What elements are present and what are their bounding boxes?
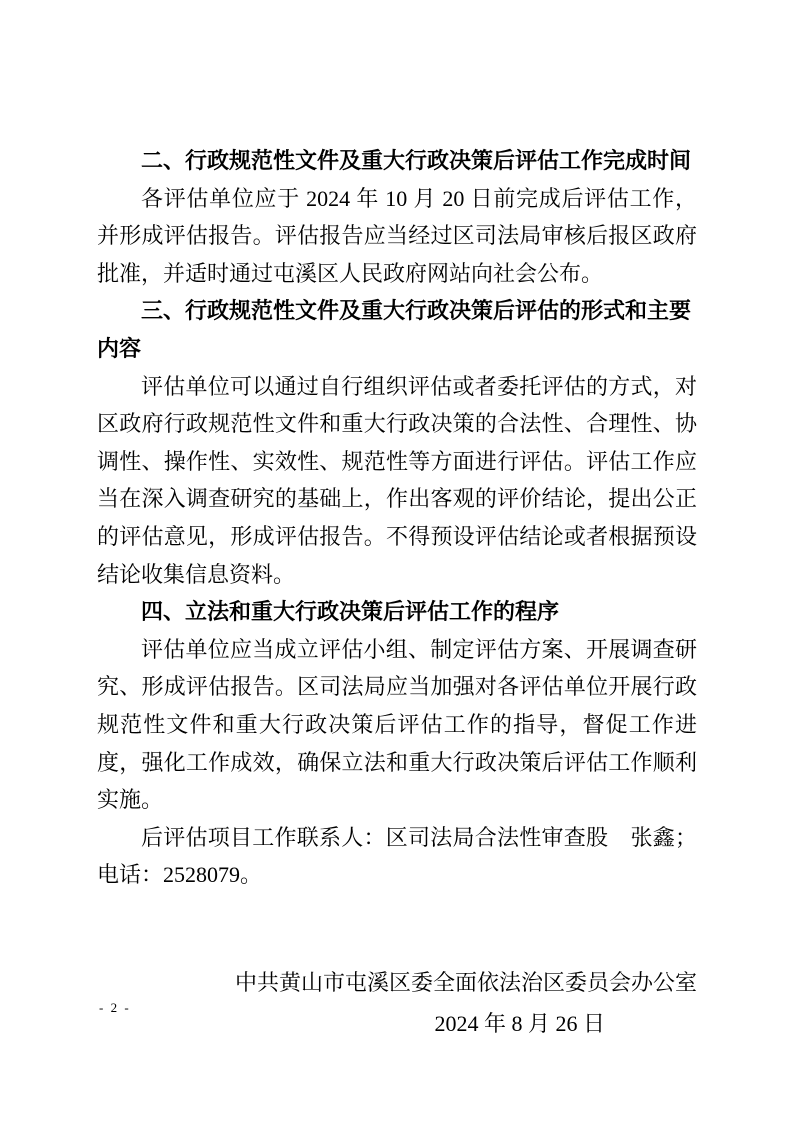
- paragraph-completion-time: 各评估单位应于 2024 年 10 月 20 日前完成后评估工作，并形成评估报告…: [97, 180, 697, 293]
- section-heading-4: 四、立法和重大行政决策后评估工作的程序: [97, 593, 697, 631]
- section-heading-3: 三、行政规范性文件及重大行政决策后评估的形式和主要内容: [97, 292, 697, 367]
- paragraph-contact-info: 后评估项目工作联系人：区司法局合法性审查股 张鑫；电话：2528079。: [97, 819, 697, 894]
- page-number: - 2 -: [99, 1000, 131, 1016]
- signature-organization: 中共黄山市屯溪区委全面依法治区委员会办公室: [97, 964, 697, 1002]
- document-body: 二、行政规范性文件及重大行政决策后评估工作完成时间 各评估单位应于 2024 年…: [97, 142, 697, 1043]
- section-heading-2: 二、行政规范性文件及重大行政决策后评估工作完成时间: [97, 142, 697, 180]
- paragraph-form-content: 评估单位可以通过自行组织评估或者委托评估的方式，对区政府行政规范性文件和重大行政…: [97, 368, 697, 594]
- document-page: 二、行政规范性文件及重大行政决策后评估工作完成时间 各评估单位应于 2024 年…: [0, 0, 793, 1122]
- paragraph-procedure: 评估单位应当成立评估小组、制定评估方案、开展调查研究、形成评估报告。区司法局应当…: [97, 631, 697, 819]
- signature-date: 2024 年 8 月 26 日: [97, 1005, 697, 1043]
